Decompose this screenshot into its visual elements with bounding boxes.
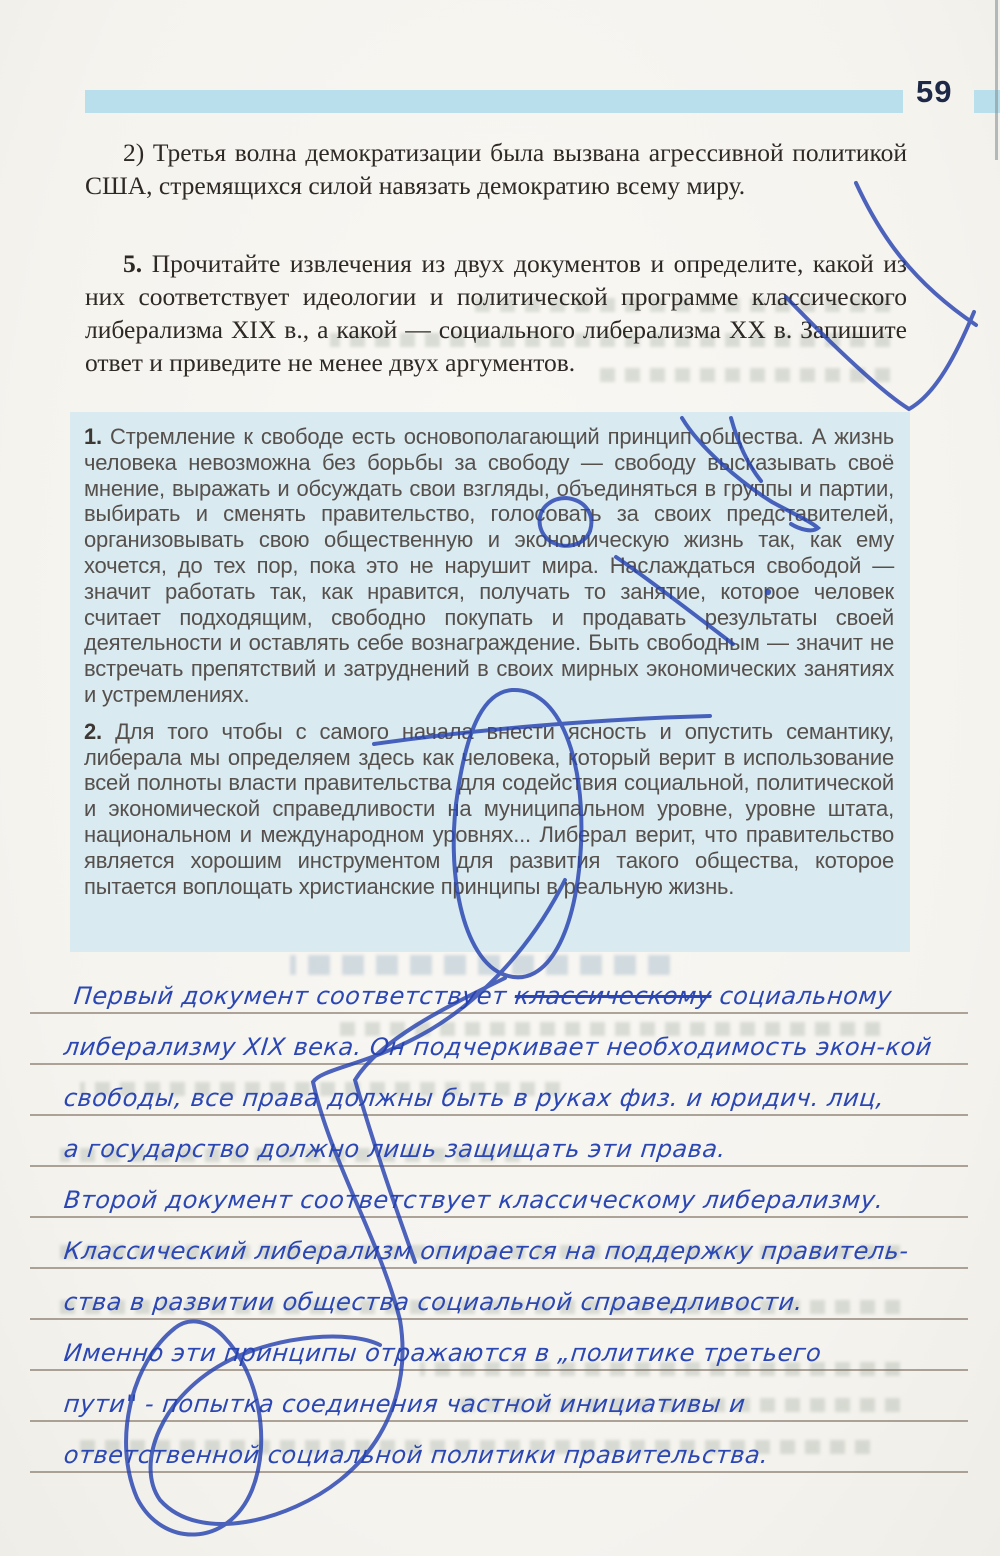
- answer-line: ответственной социальной политики правит…: [30, 1431, 968, 1473]
- handwritten-text: Второй документ соответствует классическ…: [63, 1186, 886, 1214]
- handwritten-text: Классический либерализм опирается на под…: [63, 1237, 911, 1265]
- task-item-2-text: 2) Третья волна демократизации была вызв…: [85, 136, 907, 202]
- scan-edge-artifact: [995, 0, 998, 160]
- struck-word: классическому: [513, 982, 713, 1010]
- handwritten-text: свободы, все права должны быть в руках ф…: [63, 1084, 886, 1112]
- page-number: 59: [916, 74, 968, 110]
- task-5-text: 5. Прочитайте извлечения из двух докумен…: [85, 247, 907, 379]
- answer-line: свободы, все права должны быть в руках ф…: [30, 1074, 968, 1116]
- document-1-number: 1.: [84, 424, 102, 449]
- handwritten-text: ответственной социальной политики правит…: [63, 1441, 770, 1469]
- document-1-text: Стремление к свободе есть основополагающ…: [84, 424, 894, 707]
- document-2: 2. Для того чтобы с самого начала внести…: [84, 719, 894, 900]
- handwritten-text: пути" - попытка соединения частной иници…: [63, 1390, 747, 1418]
- handwritten-text: Именно эти принципы отражаются в „полити…: [63, 1339, 823, 1367]
- answer-line: Второй документ соответствует классическ…: [30, 1176, 968, 1218]
- header-bar: [85, 90, 903, 113]
- answer-line: ства в развитии общества социальной спра…: [30, 1278, 968, 1320]
- task-5-number: 5.: [123, 249, 142, 278]
- document-2-text: Для того чтобы с самого начала внести яс…: [84, 719, 894, 899]
- answer-line: пути" - попытка соединения частной иници…: [30, 1380, 968, 1422]
- answer-line: либерализму XIX века. Он подчеркивает не…: [30, 1023, 968, 1065]
- answer-line: а государство должно лишь защищать эти п…: [30, 1125, 968, 1167]
- document-1: 1. Стремление к свободе есть основополаг…: [84, 424, 894, 708]
- task-5: 5. Прочитайте извлечения из двух докумен…: [85, 247, 907, 379]
- handwritten-text: либерализму XIX века. Он подчеркивает не…: [63, 1033, 934, 1061]
- documents-box: 1. Стремление к свободе есть основополаг…: [70, 412, 910, 952]
- handwritten-text: Первый документ соответствует классическ…: [73, 982, 894, 1010]
- handwritten-text: ства в развитии общества социальной спра…: [63, 1288, 805, 1316]
- document-2-number: 2.: [84, 719, 102, 744]
- answer-line: Классический либерализм опирается на под…: [30, 1227, 968, 1269]
- answer-line: Именно эти принципы отражаются в „полити…: [30, 1329, 968, 1371]
- task-item-2: 2) Третья волна демократизации была вызв…: [85, 136, 907, 202]
- task-5-body: Прочитайте извлечения из двух документов…: [85, 249, 907, 377]
- handwritten-text: а государство должно лишь защищать эти п…: [63, 1135, 728, 1163]
- answer-line: Первый документ соответствует классическ…: [30, 972, 968, 1014]
